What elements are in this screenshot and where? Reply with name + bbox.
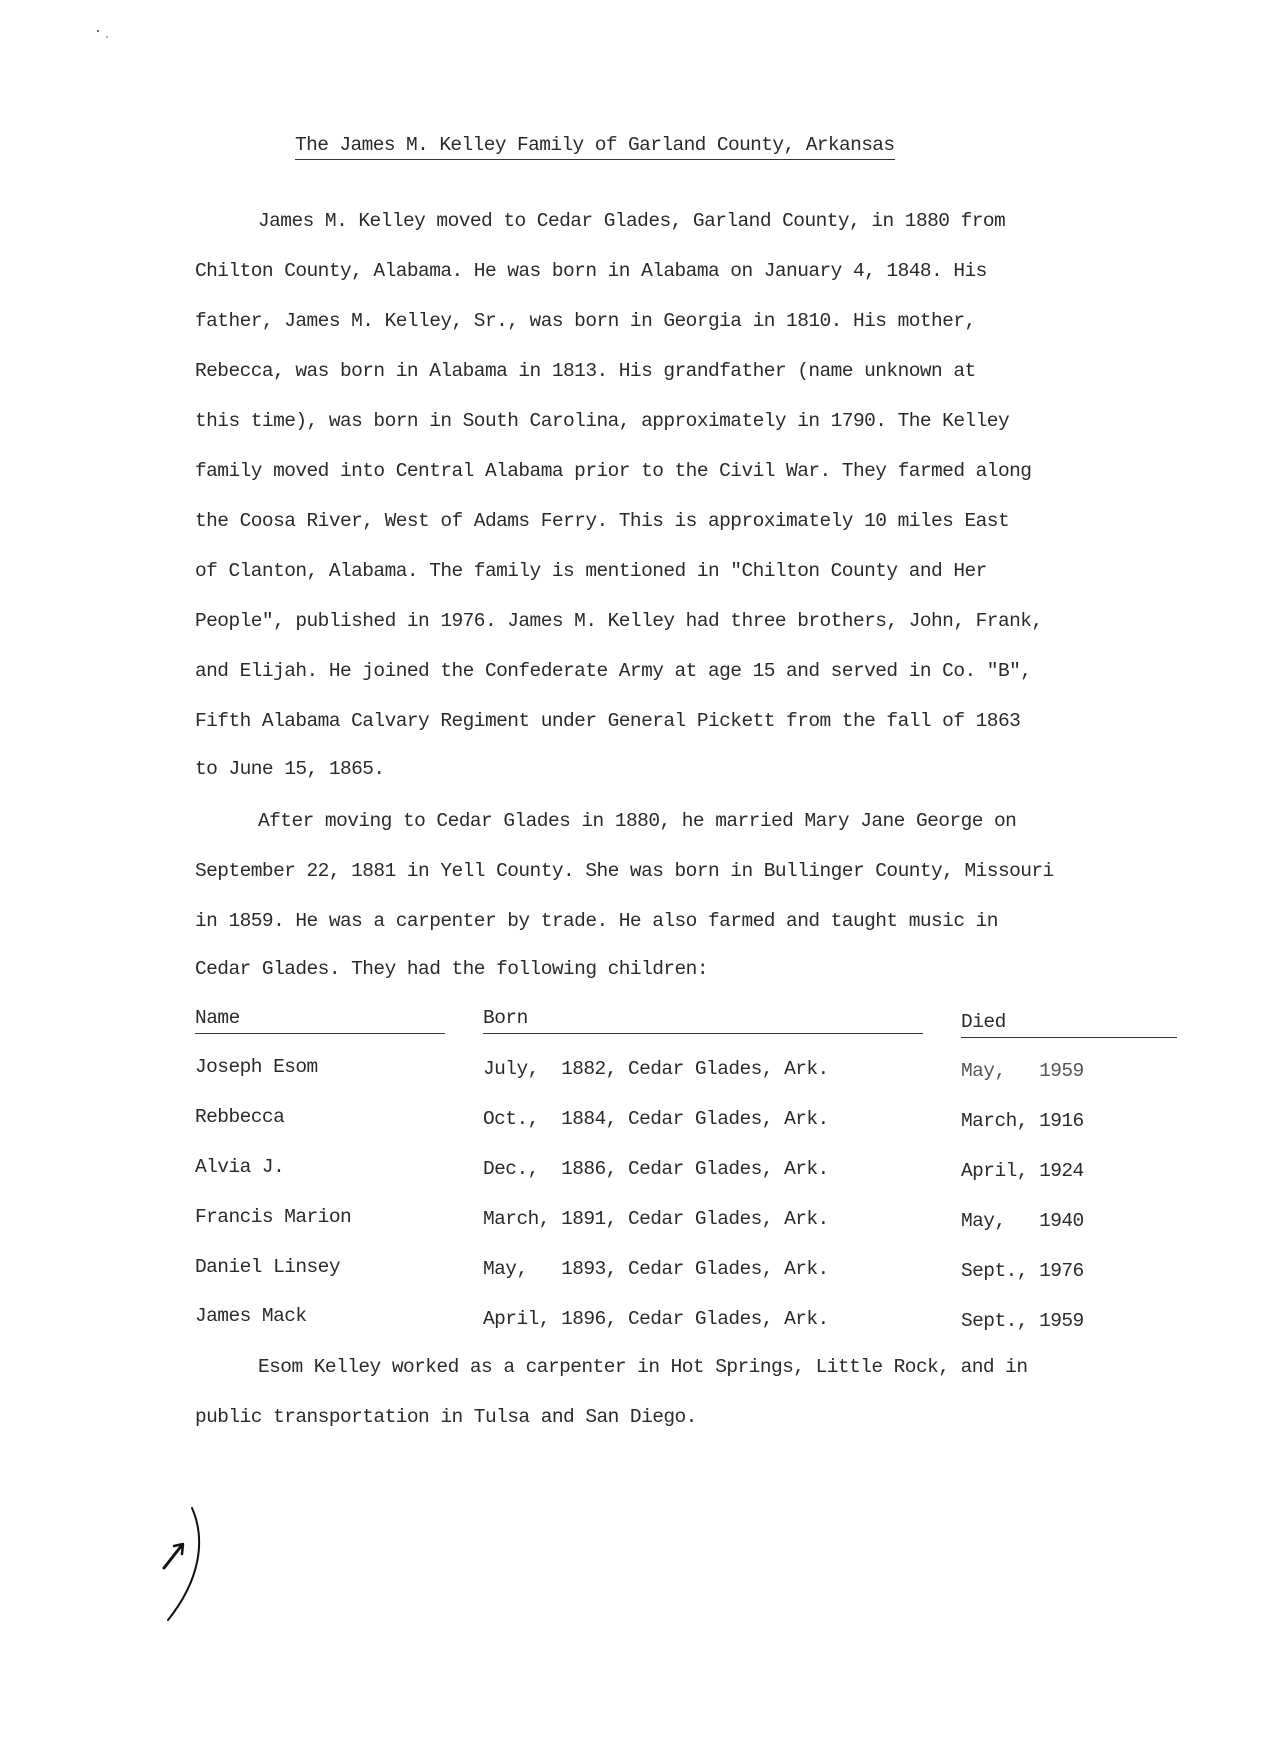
document-page: The James M. Kelley Family of Garland Co…: [0, 0, 1275, 1754]
paragraph-1-line: the Coosa River, West of Adams Ferry. Th…: [195, 510, 1009, 532]
paragraph-1-line: Chilton County, Alabama. He was born in …: [195, 260, 987, 282]
child-died: April, 1924: [961, 1160, 1084, 1182]
child-name: Daniel Linsey: [195, 1256, 340, 1278]
paragraph-1-line: and Elijah. He joined the Confederate Ar…: [195, 660, 1031, 682]
scan-speck-marks: [95, 28, 115, 42]
table-header-born: Born: [483, 1007, 923, 1034]
table-header-name: Name: [195, 1007, 445, 1034]
child-name: Francis Marion: [195, 1206, 351, 1228]
child-born: July, 1882, Cedar Glades, Ark.: [483, 1058, 829, 1080]
child-born: Oct., 1884, Cedar Glades, Ark.: [483, 1108, 829, 1130]
child-born: March, 1891, Cedar Glades, Ark.: [483, 1208, 829, 1230]
paragraph-1-line: James M. Kelley moved to Cedar Glades, G…: [258, 210, 1005, 232]
child-born: April, 1896, Cedar Glades, Ark.: [483, 1308, 829, 1330]
paragraph-1-line: Fifth Alabama Calvary Regiment under Gen…: [195, 710, 1020, 732]
child-born: May, 1893, Cedar Glades, Ark.: [483, 1258, 829, 1280]
paragraph-1-line: father, James M. Kelley, Sr., was born i…: [195, 310, 976, 332]
paragraph-1-line: Rebecca, was born in Alabama in 1813. Hi…: [195, 360, 976, 382]
child-died: Sept., 1959: [961, 1310, 1084, 1332]
paragraph-1-line: this time), was born in South Carolina, …: [195, 410, 1009, 432]
paragraph-2-line: Cedar Glades. They had the following chi…: [195, 958, 708, 980]
paragraph-1-line: of Clanton, Alabama. The family is menti…: [195, 560, 987, 582]
paragraph-1-line: to June 15, 1865.: [195, 758, 385, 780]
paragraph-2-line: September 22, 1881 in Yell County. She w…: [195, 860, 1054, 882]
child-died: May, 1940: [961, 1210, 1084, 1232]
paragraph-2-line: in 1859. He was a carpenter by trade. He…: [195, 910, 998, 932]
paragraph-1-line: People", published in 1976. James M. Kel…: [195, 610, 1043, 632]
child-name: James Mack: [195, 1305, 307, 1327]
child-name: Joseph Esom: [195, 1056, 318, 1078]
child-died: May, 1959: [961, 1060, 1084, 1082]
child-died: Sept., 1976: [961, 1260, 1084, 1282]
paragraph-3-line: Esom Kelley worked as a carpenter in Hot…: [258, 1356, 1027, 1378]
child-born: Dec., 1886, Cedar Glades, Ark.: [483, 1158, 829, 1180]
child-died: March, 1916: [961, 1110, 1084, 1132]
child-name: Alvia J.: [195, 1156, 284, 1178]
document-title: The James M. Kelley Family of Garland Co…: [295, 134, 895, 160]
child-name: Rebbecca: [195, 1106, 284, 1128]
table-header-died: Died: [961, 1011, 1177, 1038]
paragraph-1-line: family moved into Central Alabama prior …: [195, 460, 1031, 482]
paragraph-3-line: public transportation in Tulsa and San D…: [195, 1406, 697, 1428]
paragraph-2-line: After moving to Cedar Glades in 1880, he…: [258, 810, 1016, 832]
handwritten-arrow-icon: [150, 1500, 220, 1630]
